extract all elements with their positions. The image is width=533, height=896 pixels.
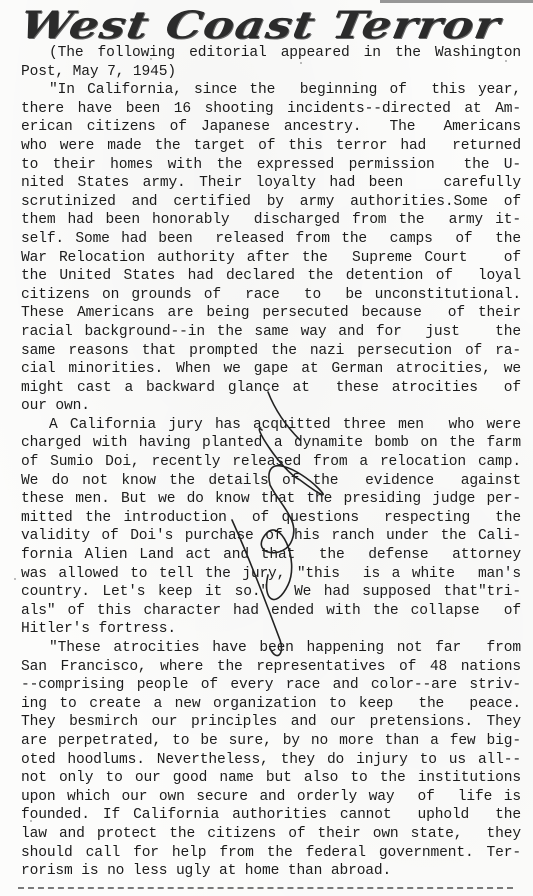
- paper-speck: [505, 60, 507, 62]
- text-line: upon which our own secure and orderly wa…: [21, 788, 521, 807]
- text-line: fornia Alien Land act and that the defen…: [21, 546, 521, 565]
- text-line: same reasons that prompted the nazi pers…: [21, 342, 521, 361]
- text-line: to their homes with the expressed permis…: [21, 156, 521, 175]
- text-line: erican citizens of Japanese ancestry. Th…: [21, 118, 521, 137]
- intro-note: (The following editorial appeared in the…: [21, 44, 521, 81]
- text-line: mitted the introduction of questions res…: [21, 509, 521, 528]
- text-line: nited States army. Their loyalty had bee…: [21, 174, 521, 193]
- paper-speck: [30, 820, 32, 822]
- text-line: racial background--in the same way and f…: [21, 323, 521, 342]
- text-line: cial minorities. When we gape at German …: [21, 360, 521, 379]
- text-line: "These atrocities have been happening no…: [21, 639, 521, 658]
- headline: West Coast Terror: [18, 6, 533, 44]
- intro-line: Post, May 7, 1945): [21, 63, 521, 82]
- text-line: our own.: [21, 397, 521, 416]
- text-line: --comprising people of every race and co…: [21, 676, 521, 695]
- text-line: them had been honorably discharged from …: [21, 211, 521, 230]
- text-line: "In California, since the beginning of t…: [21, 81, 521, 100]
- text-line: San Francisco, where the representatives…: [21, 658, 521, 677]
- text-line: of Sumio Doi, recently released from a r…: [21, 453, 521, 472]
- text-line: who were made the target of this terror …: [21, 137, 521, 156]
- text-line: self. Some had been released from the ca…: [21, 230, 521, 249]
- text-line: should call for help from the federal go…: [21, 844, 521, 863]
- text-line: are perpetrated, to be sure, by no more …: [21, 732, 521, 751]
- text-line: ing to create a new organization to keep…: [21, 695, 521, 714]
- paper-speck: [300, 62, 302, 64]
- paragraph: "In California, since the beginning of t…: [21, 81, 521, 416]
- text-line: Hitler's fortress.: [21, 620, 521, 639]
- text-line: was allowed to tell the jury, "this is a…: [21, 565, 521, 584]
- text-line: They besmirch our principles and our pre…: [21, 713, 521, 732]
- text-line: law and protect the citizens of their ow…: [21, 825, 521, 844]
- editorial-body: (The following editorial appeared in the…: [21, 44, 521, 881]
- text-line: charged with having planted a dynamite b…: [21, 434, 521, 453]
- paragraph: A California jury has acquitted three me…: [21, 416, 521, 639]
- text-line: scrutinized and certified by army author…: [21, 193, 521, 212]
- text-line: not only to our good name but also to th…: [21, 769, 521, 788]
- text-line: founded. If California authorities canno…: [21, 806, 521, 825]
- closing-rule: [18, 887, 513, 889]
- text-line: there have been 16 shooting incidents--d…: [21, 100, 521, 119]
- text-line: the United States had declared the deten…: [21, 267, 521, 286]
- text-line: validity of Doi's purchase of his ranch …: [21, 527, 521, 546]
- paragraphs: "In California, since the beginning of t…: [21, 81, 521, 881]
- text-line: oted hoodlums. Nevertheless, they do inj…: [21, 751, 521, 770]
- text-line: country. Let's keep it so." We had suppo…: [21, 583, 521, 602]
- text-line: A California jury has acquitted three me…: [21, 416, 521, 435]
- paragraph: "These atrocities have been happening no…: [21, 639, 521, 881]
- text-line: rorism is no less ugly at home than abro…: [21, 862, 521, 881]
- text-line: als" of this character had ended with th…: [21, 602, 521, 621]
- text-line: these men. But we do know that the presi…: [21, 490, 521, 509]
- text-line: War Relocation authority after the Supre…: [21, 249, 521, 268]
- text-line: might cast a backward glance at these at…: [21, 379, 521, 398]
- paper-speck: [14, 578, 16, 580]
- scanned-page: West Coast Terror (The following editori…: [0, 0, 533, 896]
- text-line: citizens on grounds of race to be uncons…: [21, 286, 521, 305]
- text-line: These Americans are being persecuted bec…: [21, 304, 521, 323]
- text-line: We do not know the details of the eviden…: [21, 472, 521, 491]
- paper-speck: [150, 58, 152, 60]
- intro-line: (The following editorial appeared in the…: [21, 44, 521, 63]
